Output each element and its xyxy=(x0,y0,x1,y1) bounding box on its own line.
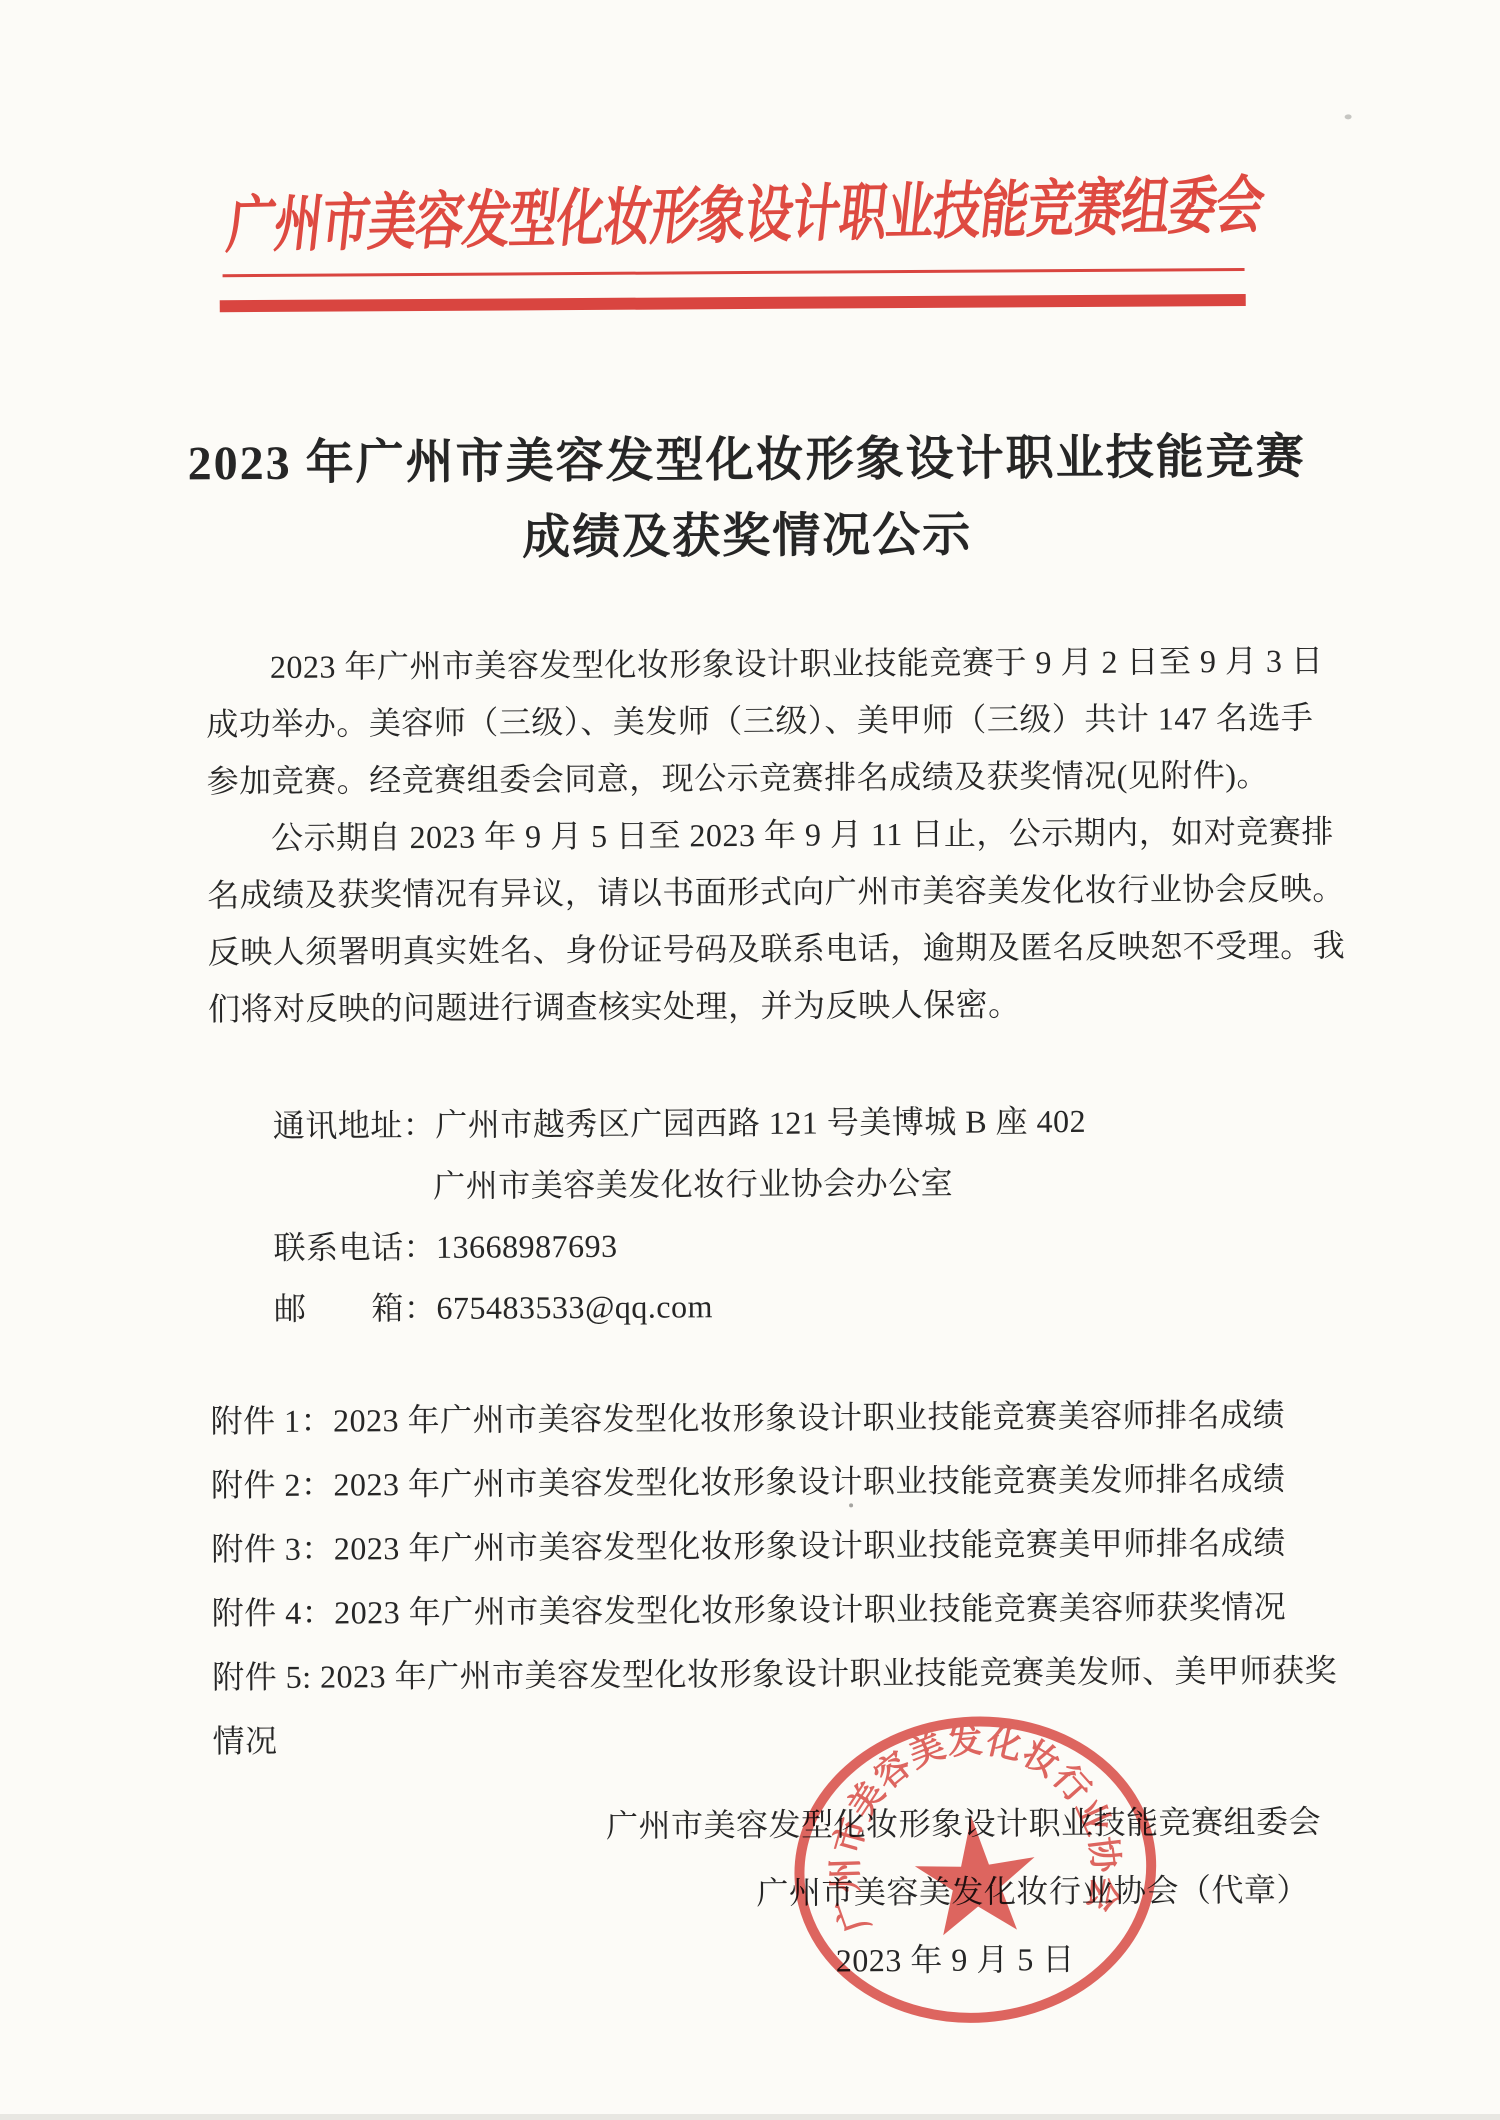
letterhead-organization-title: 广州市美容发型化妆形象设计职业技能竞赛组委会 xyxy=(0,157,1500,278)
scan-bottom-edge xyxy=(0,2114,1500,2120)
paragraph2-line3: 反映人须署明真实姓名、身份证号码及联系电话，逾期及匿名反映恕不受理。我 xyxy=(208,918,1298,982)
seal-star xyxy=(911,1812,1039,1937)
paragraph1-line2: 成功举办。美容师（三级）、美发师（三级）、美甲师（三级）共计 147 名选手 xyxy=(206,690,1296,754)
document-title-line2: 成绩及获奖情况公示 xyxy=(0,492,1497,570)
paragraph2-line4: 们将对反映的问题进行调查核实处理，并为反映人保密。 xyxy=(208,975,1298,1039)
paragraph1-line3: 参加竞赛。经竞赛组委会同意，现公示竞赛排名成绩及获奖情况(见附件)。 xyxy=(206,747,1296,811)
paragraph2-line2: 名成绩及获奖情况有异议，请以书面形式向广州市美容美发化妆行业协会反映。 xyxy=(207,861,1297,925)
attachment-1: 附件 1：2023 年广州市美容发型化妆形象设计职业技能竞赛美容师排名成绩 xyxy=(210,1383,1300,1454)
scan-artifact xyxy=(1345,114,1352,119)
official-red-seal: 广州市美容美发化妆行业协会 xyxy=(761,1690,1189,2050)
paragraph1-line1: 2023 年广州市美容发型化妆形象设计职业技能竞赛于 9 月 2 日至 9 月 … xyxy=(206,633,1296,697)
contact-info: 通讯地址：广州市越秀区广园西路 121 号美博城 B 座 402 广州市美容美发… xyxy=(209,1090,1300,1341)
contact-address-line2: 广州市美容美发化妆行业协会办公室 xyxy=(209,1151,1299,1219)
contact-address: 通讯地址：广州市越秀区广园西路 121 号美博城 B 座 402 xyxy=(209,1090,1299,1158)
attachment-2: 附件 2：2023 年广州市美容发型化妆形象设计职业技能竞赛美发师排名成绩 xyxy=(211,1447,1301,1518)
paragraph2-line1: 公示期自 2023 年 9 月 5 日至 2023 年 9 月 11 日止，公示… xyxy=(207,804,1297,868)
scan-content: 广州市美容发型化妆形象设计职业技能竞赛组委会 2023 年广州市美容发型化妆形象… xyxy=(0,0,1500,2120)
scanned-announcement-page: 广州市美容发型化妆形象设计职业技能竞赛组委会 2023 年广州市美容发型化妆形象… xyxy=(0,0,1500,2120)
contact-email: 邮 箱：675483533@qq.com xyxy=(210,1273,1300,1341)
letterhead-rule-thick xyxy=(220,294,1246,312)
body-paragraphs: 2023 年广州市美容发型化妆形象设计职业技能竞赛于 9 月 2 日至 9 月 … xyxy=(206,633,1298,1039)
contact-phone: 联系电话：13668987693 xyxy=(209,1212,1299,1280)
attachment-4: 附件 4：2023 年广州市美容发型化妆形象设计职业技能竞赛美容师获奖情况 xyxy=(212,1575,1302,1646)
document-title-line1: 2023 年广州市美容发型化妆形象设计职业技能竞赛 xyxy=(0,416,1497,494)
attachment-3: 附件 3：2023 年广州市美容发型化妆形象设计职业技能竞赛美甲师排名成绩 xyxy=(211,1511,1301,1582)
scan-artifact xyxy=(849,1503,853,1507)
